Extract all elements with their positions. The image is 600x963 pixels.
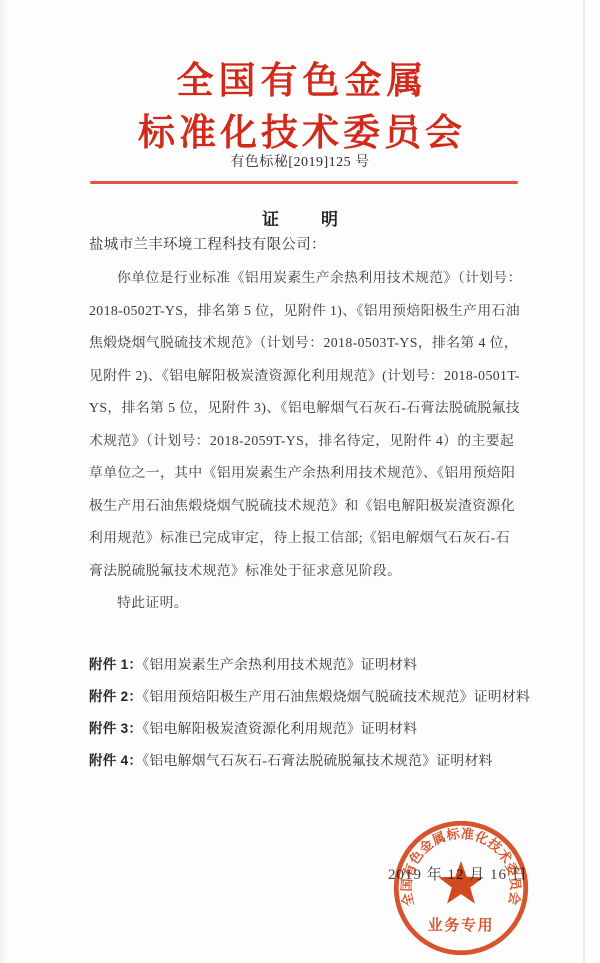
attachment-item: 附件 4：《铝电解烟气石灰石-石膏法脱硫脱氟技术规范》证明材料 [89,748,535,774]
attachment-item: 附件 1：《铝用炭素生产余热利用技术规范》证明材料 [89,652,535,678]
attachment-item: 附件 2：《铝用预焙阳极生产用石油焦煅烧烟气脱硫技术规范》证明材料 [89,684,535,710]
seal-graphic: 全国有色金属标准化技术委员会 业务专用 [391,818,531,958]
recipient-line: 盐城市兰丰环境工程科技有限公司： [89,233,326,254]
header-divider-rule [90,181,518,184]
closing-line: 特此证明。 [89,587,533,620]
document-title: 证明 [0,205,600,230]
body-line: 焦煅烧烟气脱硫技术规范》（计划号：2018-0503T-YS，排名第 4 位， [89,327,533,360]
body-line: 见附件 2)、《铝电解阳极炭渣资源化利用规范》(计划号：2018-0501T- [89,360,533,393]
body-paragraph: 你单位是行业标准《铝用炭素生产余热利用技术规范》（计划号： 2018-0502T… [89,262,533,620]
attachment-label: 附件 1： [89,657,142,672]
attachment-text: 《铝电解阳极炭渣资源化利用规范》证明材料 [142,721,417,736]
body-line: 术规范》（计划号：2018-2059T-YS，排名待定，见附件 4）的主要起 [89,425,533,458]
seal-bottom-text: 业务专用 [428,916,494,934]
org-title-line1: 全国有色金属 [0,50,600,104]
body-line: 极生产用石油焦煅烧烟气脱硫技术规范》和《铝电解阳极炭渣资源化 [89,490,533,523]
body-line: 膏法脱硫脱氟技术规范》标准处于征求意见阶段。 [89,555,533,588]
attachment-text: 《铝电解烟气石灰石-石膏法脱硫脱氟技术规范》证明材料 [142,753,492,768]
body-line: YS，排名第 5 位，见附件 3)、《铝电解烟气石灰石-石膏法脱硫脱氟技 [89,392,533,425]
body-line: 利用规范》标准已完成审定，待上报工信部;《铝电解烟气石灰石-石 [89,522,533,555]
official-seal-stamp: 全国有色金属标准化技术委员会 业务专用 [391,818,531,958]
attachment-label: 附件 4： [89,753,142,768]
attachment-label: 附件 3： [89,721,142,736]
body-line: 你单位是行业标准《铝用炭素生产余热利用技术规范》（计划号： [89,262,533,295]
attachment-text: 《铝用预焙阳极生产用石油焦煅烧烟气脱硫技术规范》证明材料 [142,689,530,704]
star-icon [439,861,484,904]
attachments-list: 附件 1：《铝用炭素生产余热利用技术规范》证明材料 附件 2：《铝用预焙阳极生产… [89,652,535,780]
attachment-label: 附件 2： [89,689,142,704]
attachment-text: 《铝用炭素生产余热利用技术规范》证明材料 [142,657,417,672]
body-line: 草单位之一，其中《铝用炭素生产余热利用技术规范》、《铝用预焙阳 [89,457,533,490]
document-number: 有色标秘[2019]125 号 [0,151,600,171]
certificate-document-page: 全国有色金属 标准化技术委员会 有色标秘[2019]125 号 证明 盐城市兰丰… [0,0,600,963]
body-line: 2018-0502T-YS，排名第 5 位，见附件 1)、《铝用预焙阳极生产用石… [89,295,533,328]
org-title-line2: 标准化技术委员会 [0,102,600,156]
attachment-item: 附件 3：《铝电解阳极炭渣资源化利用规范》证明材料 [89,716,535,742]
